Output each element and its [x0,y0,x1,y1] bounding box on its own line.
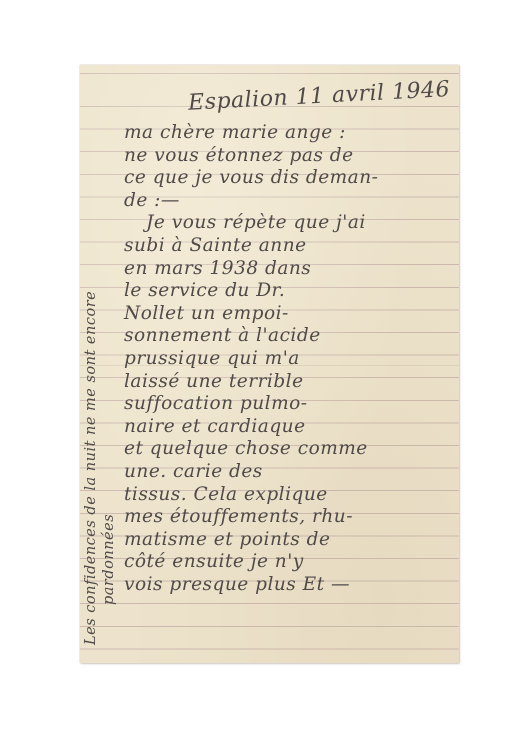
letter-date-header: Espalion 11 avril 1946 [180,77,451,116]
letter-line: suffocation pulmo- [124,393,454,416]
letter-line: ce que je vous dis deman- [124,167,454,190]
letter-line: naire et cardiaque [124,416,454,439]
letter-line: de :— [124,190,454,213]
letter-line: Je vous répète que j'ai [124,212,454,235]
letter-line: une. carie des [124,461,454,484]
letter-line: prussique qui m'a [124,348,454,371]
letter-line: tissus. Cela explique [124,484,454,507]
letter-line: vois presque plus Et — [124,574,454,597]
margin-note-line-2: pardonnées [100,85,118,645]
letter-line: en mars 1938 dans [124,258,454,281]
salutation: ma chère marie ange : [124,122,454,145]
letter-line: subi à Sainte anne [124,235,454,258]
letter-line: matisme et points de [124,529,454,552]
letter-line: et quelque chose comme [124,438,454,461]
letter-body: ma chère marie ange : ne vous étonnez pa… [124,122,454,596]
letter-line: mes étouffements, rhu- [124,506,454,529]
letter-line: le service du Dr. [124,280,454,303]
margin-note: Les confidences de la nuit ne me sont en… [82,85,118,645]
letter-line: côté ensuite je n'y [124,551,454,574]
letter-line: Nollet un empoi- [124,303,454,326]
letter-page: Espalion 11 avril 1946 ma chère marie an… [80,65,459,663]
letter-line: laissé une terrible [124,371,454,394]
letter-line: ne vous étonnez pas de [124,145,454,168]
margin-note-line-1: Les confidences de la nuit ne me sont en… [83,291,99,645]
letter-line: sonnement à l'acide [124,325,454,348]
